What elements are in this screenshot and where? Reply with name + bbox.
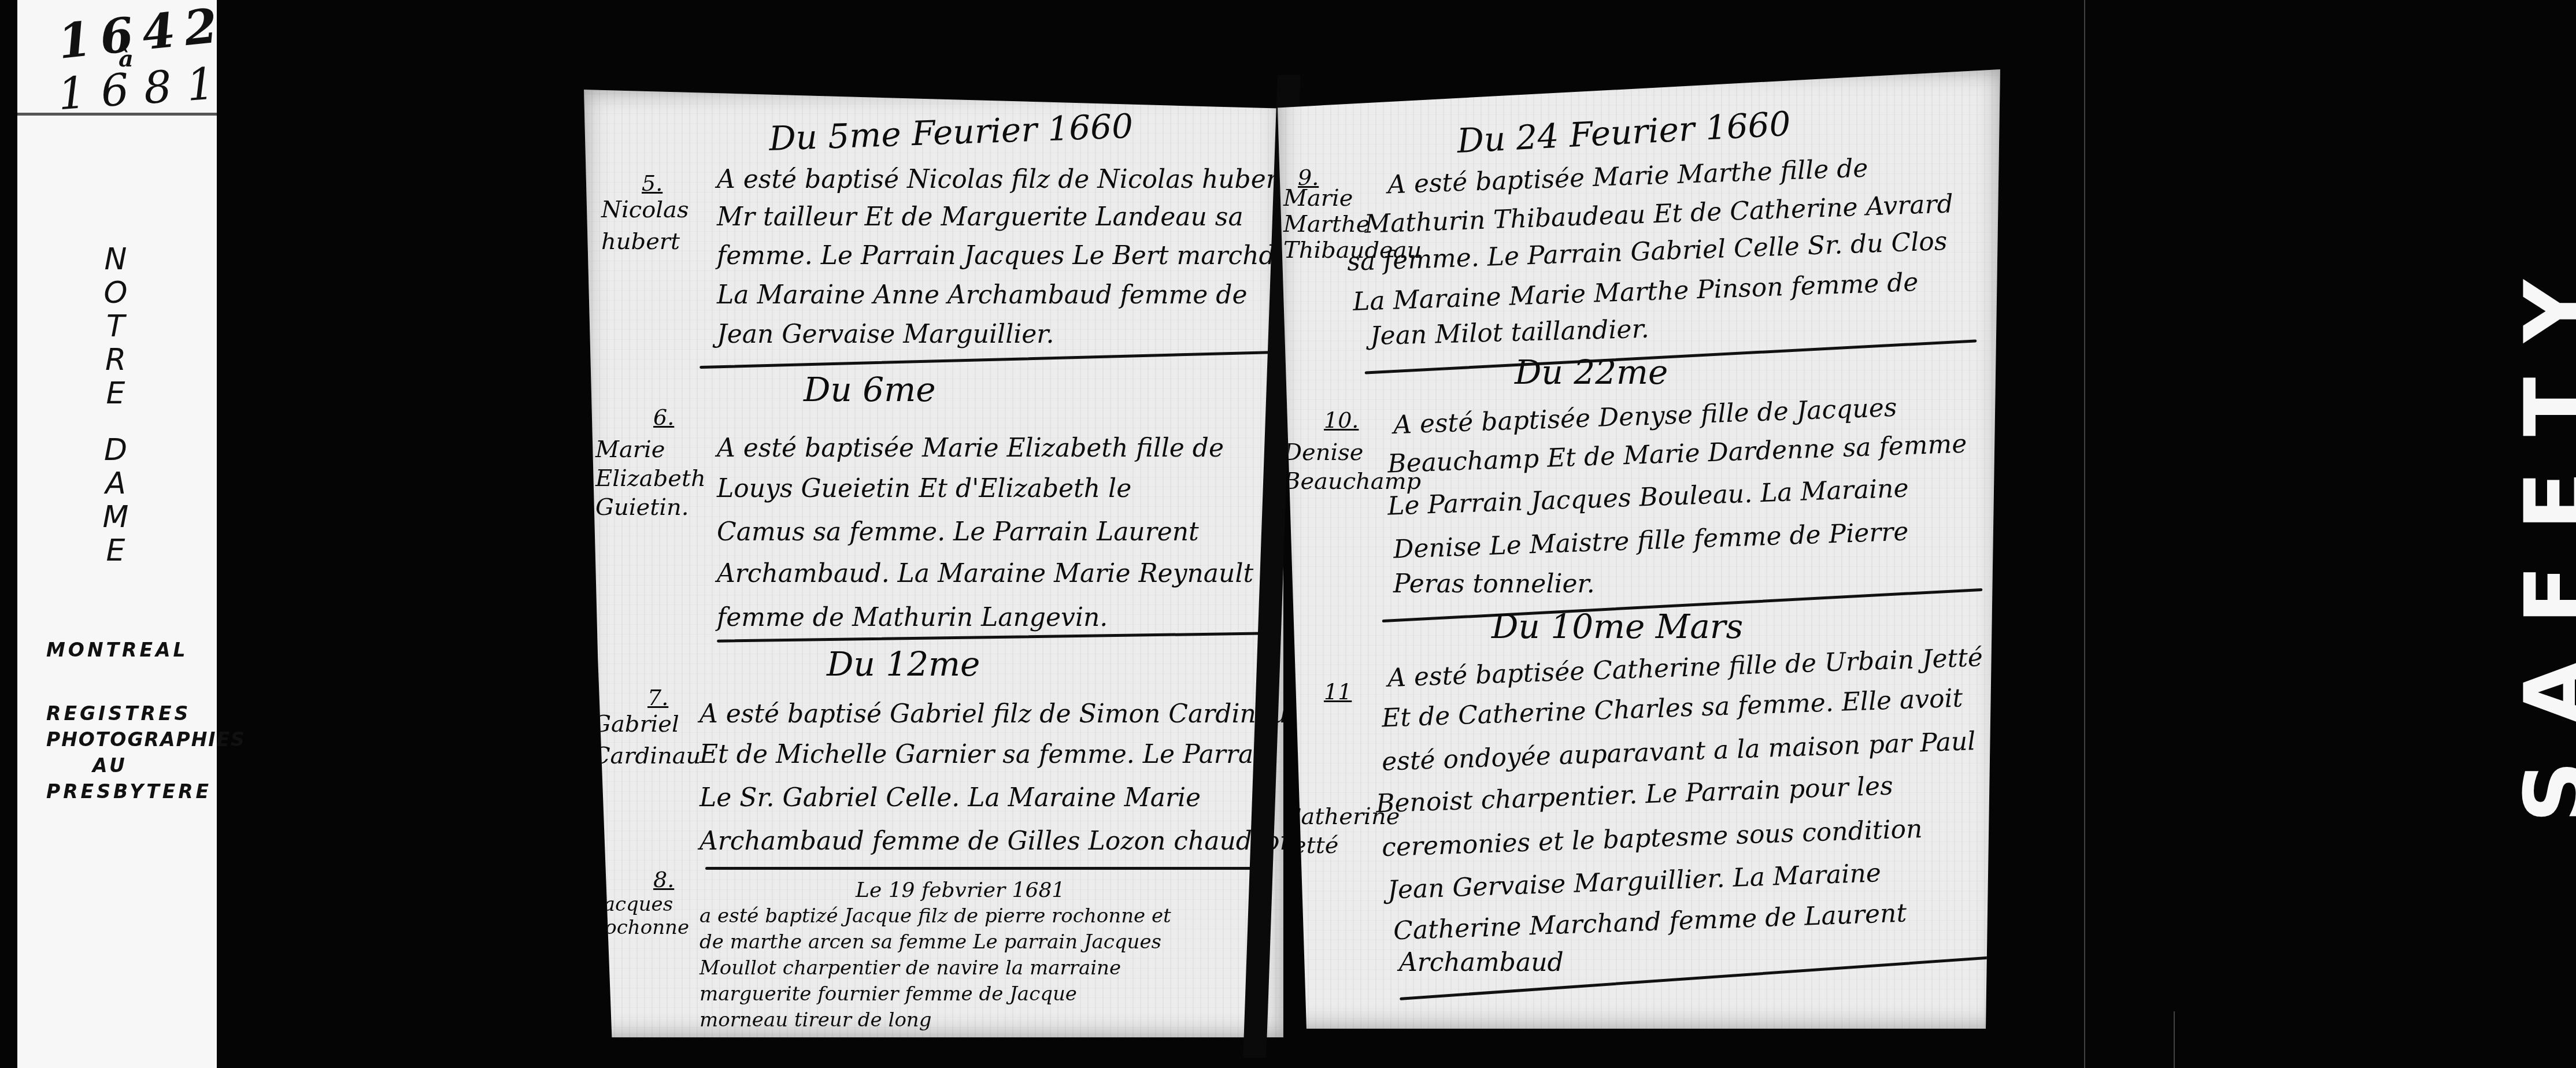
entry-line: A esté baptisée Marie Elizabeth fille de [717, 433, 1224, 463]
parish-letter: T [98, 310, 133, 343]
entry-line: de marthe arcen sa femme Le parrain Jacq… [699, 930, 1161, 954]
register-page-right: Du 24 Feurier 1660 9. Marie Marthe Thiba… [1278, 69, 2000, 1029]
entry-date-heading: Du 24 Feurier 1660 [1456, 104, 1792, 161]
margin-name: Gabriel [593, 711, 679, 737]
entry-date-heading: Du 5me Feurier 1660 [768, 106, 1134, 158]
entry-date-heading: Du 6me [804, 370, 936, 409]
margin-name: Guietin. [595, 494, 689, 521]
entry-date-heading: Du 10me Mars [1491, 607, 1743, 646]
entry-line: Le Parrain Jacques Bouleau. La Maraine [1387, 473, 1909, 521]
parish-letter: N [98, 243, 133, 276]
film-scratch [2174, 1011, 2175, 1068]
entry-line: Jean Milot taillandier. [1370, 314, 1649, 351]
entry-separator [705, 867, 1266, 870]
label-note-line: AU [92, 754, 128, 777]
entry-line: morneau tireur de long [699, 1008, 932, 1032]
entry-line: Jean Gervaise Marguillier. [717, 320, 1054, 349]
film-edge-marking: SAFETY [2538, 0, 2576, 1068]
entry-line: Louys Gueietin Et d'Elizabeth le [717, 474, 1131, 503]
entry-line: marguerite fournier femme de Jacque [699, 982, 1077, 1006]
entry-line: La Maraine Marie Marthe Pinson femme de [1352, 268, 1919, 317]
parish-letter: E [98, 534, 133, 568]
safety-film-text: SAFETY [2507, 245, 2576, 823]
entry-line: La Maraine Anne Archambaud femme de [717, 280, 1248, 310]
margin-name: Cardinau [593, 743, 701, 769]
entry-line: A esté baptisé Gabriel filz de Simon Car… [699, 699, 1283, 729]
label-note-line: PHOTOGRAPHIES [46, 728, 246, 751]
entry-line: Mr tailleur Et de Marguerite Landeau sa [717, 202, 1243, 232]
margin-name: Jacques [595, 893, 673, 916]
entry-line: Et de Michelle Garnier sa femme. Le Parr… [699, 740, 1278, 769]
entry-number: 8. [653, 867, 674, 892]
entry-date-heading: Le 19 febvrier 1681 [856, 878, 1065, 902]
entry-line: Le Sr. Gabriel Celle. La Maraine Marie [699, 783, 1201, 813]
parish-letter-gap [98, 410, 133, 433]
parish-letter: M [98, 500, 133, 534]
entry-line: a esté baptizé Jacque filz de pierre roc… [699, 904, 1171, 928]
entry-number: 11 [1324, 679, 1352, 704]
margin-name: Jetté [1283, 832, 1339, 859]
entry-line: Benoist charpentier. Le Parrain pour les [1375, 771, 1893, 818]
entry-separator [717, 632, 1272, 642]
parish-name-vertical: N O T R E D A M E [98, 243, 133, 568]
margin-name: Elizabeth [595, 465, 706, 492]
label-note-line: REGISTRES [46, 702, 191, 725]
entry-separator [699, 351, 1278, 369]
entry-date-heading: Du 22me [1515, 353, 1668, 392]
parish-letter: R [98, 343, 133, 377]
entry-line: Moullot charpentier de navire la marrain… [699, 956, 1121, 980]
margin-name: Nicolas [601, 196, 689, 223]
margin-name: hubert [601, 228, 680, 255]
entry-line: Camus sa femme. Le Parrain Laurent [717, 517, 1199, 547]
entry-line: Denise Le Maistre fille femme de Pierre [1393, 517, 1909, 564]
date-range-label: 1642 à 1681 [17, 0, 217, 116]
city-label: MONTREAL [46, 639, 188, 661]
entry-line: Archambaud femme de Gilles Lozon chaudro… [699, 826, 1283, 856]
parish-letter: A [98, 467, 133, 500]
film-scratch [2084, 0, 2085, 1068]
entry-line: Peras tonnelier. [1393, 569, 1595, 599]
entry-line: A esté baptisée Denyse fille de Jacques [1393, 393, 1897, 440]
margin-name: rochonne [595, 916, 689, 939]
margin-name: Marthe [1283, 211, 1370, 238]
entry-line: A esté baptisé Nicolas filz de Nicolas h… [717, 165, 1283, 194]
parish-letter: E [98, 377, 133, 410]
entry-line: Jean Gervaise Marguillier. La Maraine [1387, 858, 1881, 905]
film-label-card: 1642 à 1681 N O T R E D A M E MONTREAL R… [17, 0, 217, 1068]
parish-letter: D [98, 433, 133, 467]
margin-name: Denise [1283, 439, 1364, 466]
entry-number: 6. [653, 405, 674, 430]
margin-name: Marie [595, 436, 665, 463]
entry-line: Catherine Marchand femme de Laurent [1393, 899, 1907, 946]
entry-line: ceremonies et le baptesme sous condition [1381, 814, 1923, 863]
entry-number: 7. [647, 685, 668, 710]
entry-number: 10. [1324, 407, 1359, 433]
entry-line: femme. Le Parrain Jacques Le Bert marchd [717, 241, 1275, 270]
label-note-line: PRESBYTERE [46, 780, 212, 803]
entry-line: Et de Catherine Charles sa femme. Elle a… [1381, 683, 1963, 733]
entry-line: esté ondoyée auparavant a la maison par … [1381, 726, 1976, 777]
parish-letter: O [98, 276, 133, 310]
register-page-left: Du 5me Feurier 1660 5. Nicolas hubert A … [584, 90, 1283, 1037]
entry-line: Archambaud. La Maraine Marie Reynault [717, 559, 1253, 588]
entry-number: 5. [642, 170, 662, 196]
entry-line: Archambaud [1399, 948, 1564, 977]
margin-name: Marie [1283, 185, 1353, 212]
entry-line: femme de Mathurin Langevin. [717, 603, 1108, 632]
entry-date-heading: Du 12me [827, 644, 980, 684]
